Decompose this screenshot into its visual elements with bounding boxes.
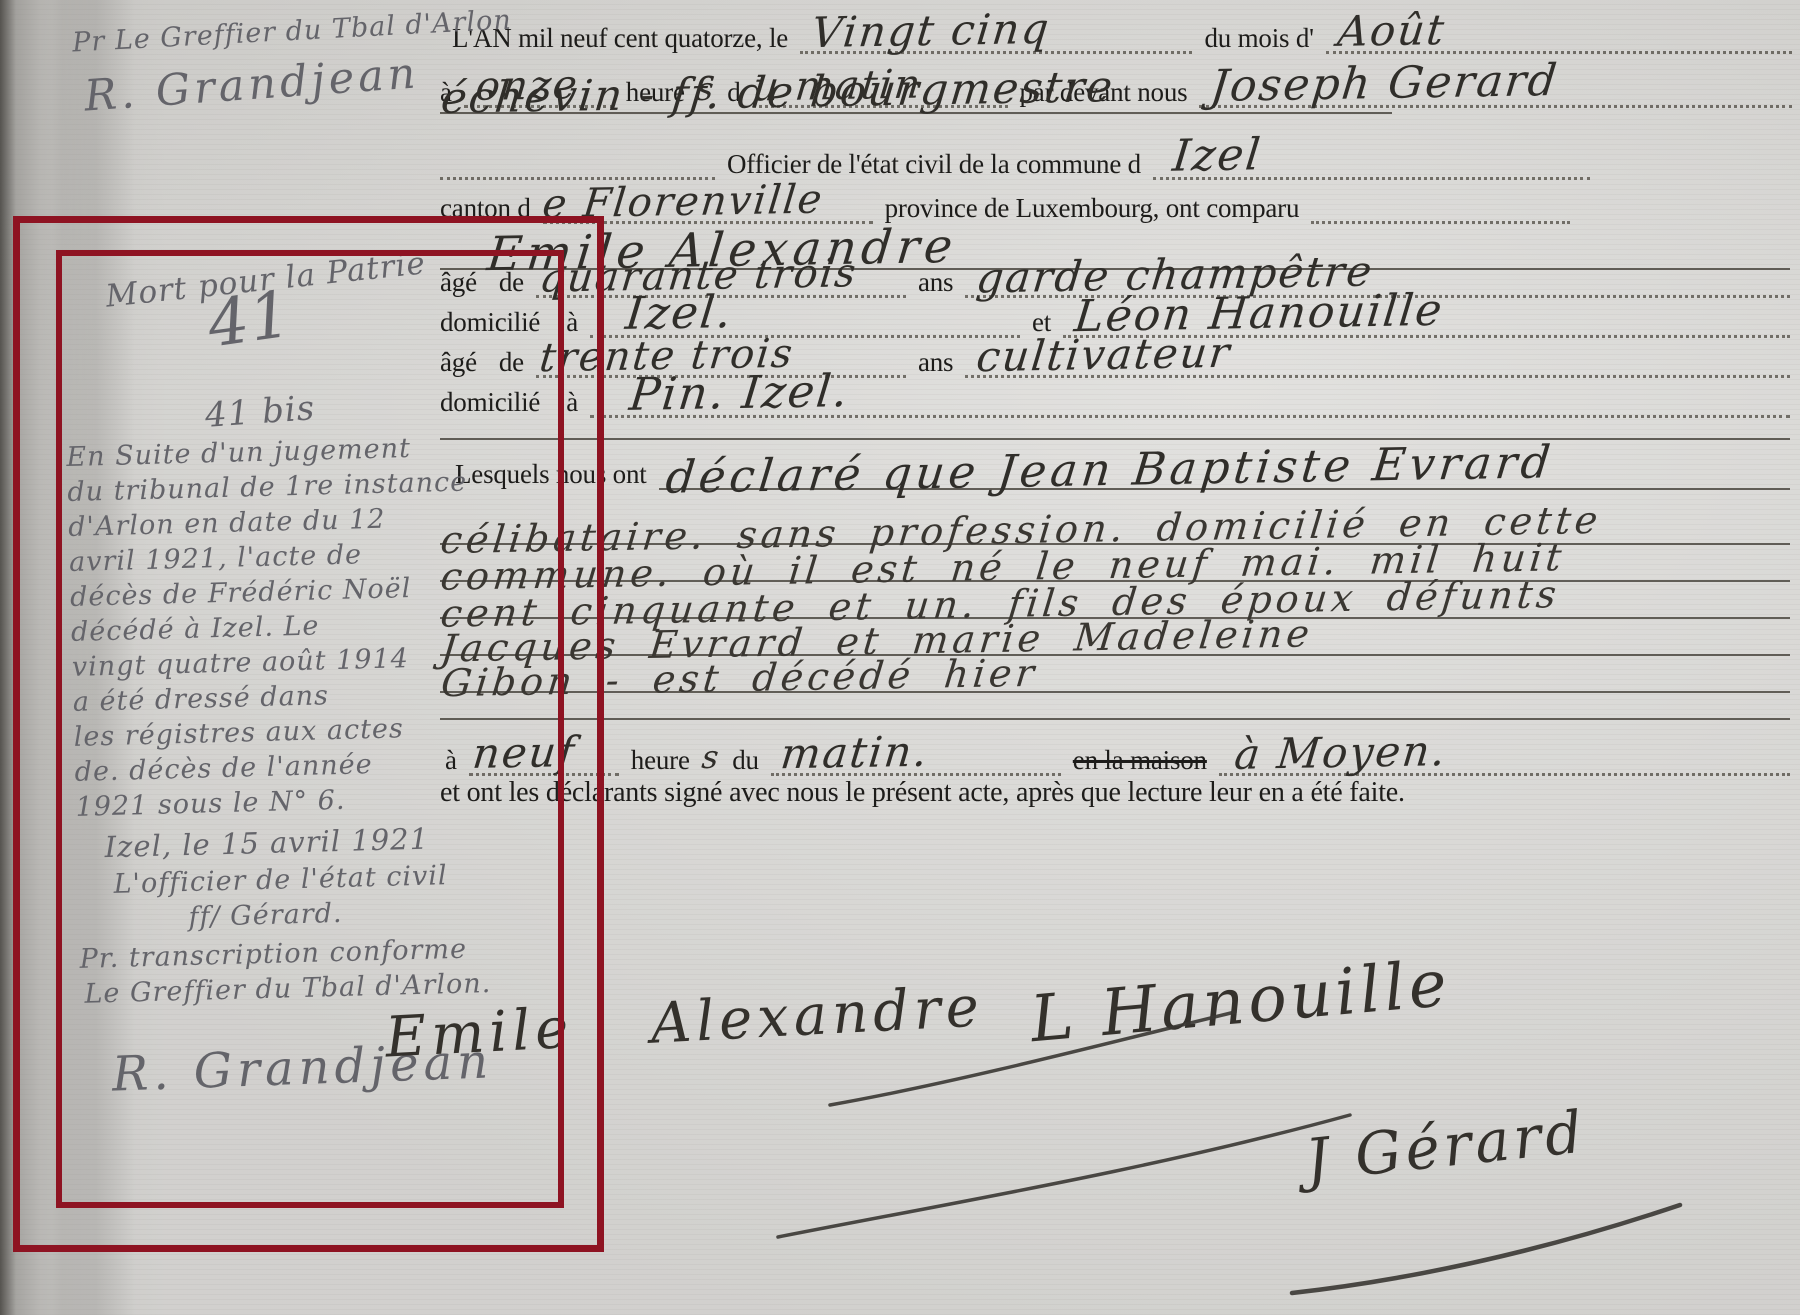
declaration-row-5: Gibon - est décédé hier [440, 654, 1790, 693]
handwritten-commune: Izel [1170, 129, 1264, 182]
printed-a-preposition2: à [566, 388, 578, 418]
declaration-row-2: commune. où il est né le neuf mai. mil h… [440, 543, 1790, 582]
entry-function: échevin - ff. de bourgmestre [440, 106, 1392, 114]
handwritten-death-hour: neuf [470, 727, 578, 778]
form-line-function: échevin - ff. de bourgmestre [440, 106, 1392, 114]
form-line-declaration: Lesquels nous ont déclaré que Jean Bapti… [455, 460, 1790, 490]
entry-month: Août [1326, 45, 1792, 54]
printed-de: de [499, 268, 524, 298]
entry-death-place: à Moyen. [1219, 767, 1790, 776]
entry-declaration-1: déclaré que Jean Baptiste Evrard [659, 482, 1790, 490]
handwritten-domicile2: Pin. Izel. [627, 364, 852, 421]
margin-note-block: En Suite d'un jugement du tribunal de 1r… [66, 429, 492, 1012]
form-line-date: L'AN mil neuf cent quatorze, le Vingt ci… [452, 24, 1792, 54]
entry-day: Vingt cinq [800, 45, 1192, 54]
gerard-flourish-stroke [1292, 1205, 1680, 1293]
handwritten-occupation2: cultivateur [975, 327, 1235, 380]
declaration-row-1: célibataire. sans profession. domicilié … [440, 506, 1790, 545]
printed-heure2: heure [631, 746, 690, 776]
printed-closing-sentence: et ont les déclarants signé avec nous le… [440, 778, 1405, 809]
handwritten-function: échevin - ff. de bourgmestre [439, 62, 1117, 124]
printed-ans: ans [918, 268, 953, 298]
margin-act-number-bis: 41 bis [204, 388, 317, 436]
printed-domicilie2: domicilié [440, 388, 540, 418]
entry-occupation2: cultivateur [965, 369, 1790, 378]
printed-en-la-maison-struck: en la maison [1073, 746, 1207, 776]
margin-act-number: 41 [203, 278, 296, 363]
printed-canton: canton d [440, 194, 531, 224]
printed-a-preposition: à [566, 308, 578, 338]
declaration-row-4: Jacques Evrard et marie Madeleine [440, 617, 1790, 656]
form-line-canton: canton d e Florenville province de Luxem… [440, 194, 1570, 224]
handwritten-officer-name: Joseph Gerard [1208, 55, 1561, 112]
printed-age2: âgé [440, 348, 477, 378]
form-line-closing: et ont les déclarants signé avec nous le… [440, 778, 1790, 809]
printed-age: âgé [440, 268, 477, 298]
handwritten-month: Août [1335, 5, 1448, 56]
form-line-domicile2: domicilié à Pin. Izel. [440, 388, 1790, 418]
handwritten-declaration-1: déclaré que Jean Baptiste Evrard [663, 435, 1556, 503]
handwritten-day: Vingt cinq [809, 4, 1053, 57]
declaration-row-3: cent cinquante et un. fils des époux déf… [440, 580, 1790, 619]
printed-domicilie: domicilié [440, 308, 540, 338]
signature-declarant2: L Hanouille [1028, 947, 1454, 1057]
entry-death-hour: neuf [469, 767, 619, 776]
handwritten-plural-s2: s [700, 738, 722, 776]
document-scan: Pr Le Greffier du Tbal d'Arlon R. Grandj… [0, 0, 1800, 1315]
printed-du: du [732, 746, 759, 776]
form-line-death-hour: à neuf heure s du matin. en la maison à … [445, 738, 1790, 776]
printed-ans2: ans [918, 348, 953, 378]
printed-month-text: du mois d' [1204, 24, 1313, 54]
printed-de2: de [499, 348, 524, 378]
entry-commune: Izel [1153, 171, 1590, 180]
handwritten-canton: e Florenville [540, 176, 826, 227]
handwritten-death-period: matin. [778, 727, 931, 779]
hanouille-flourish-stroke [778, 1115, 1350, 1237]
entry-death-period: matin. [771, 767, 1061, 776]
printed-officier-etat-civil: Officier de l'état civil de la commune d [727, 150, 1141, 180]
signature-officer: J Gérard [1302, 1097, 1589, 1194]
printed-lesquels: Lesquels nous ont [455, 460, 647, 490]
entry-domicile2: Pin. Izel. [590, 409, 1790, 418]
form-line-commune: Officier de l'état civil de la commune d… [440, 150, 1590, 180]
handwritten-death-place: à Moyen. [1232, 726, 1449, 779]
